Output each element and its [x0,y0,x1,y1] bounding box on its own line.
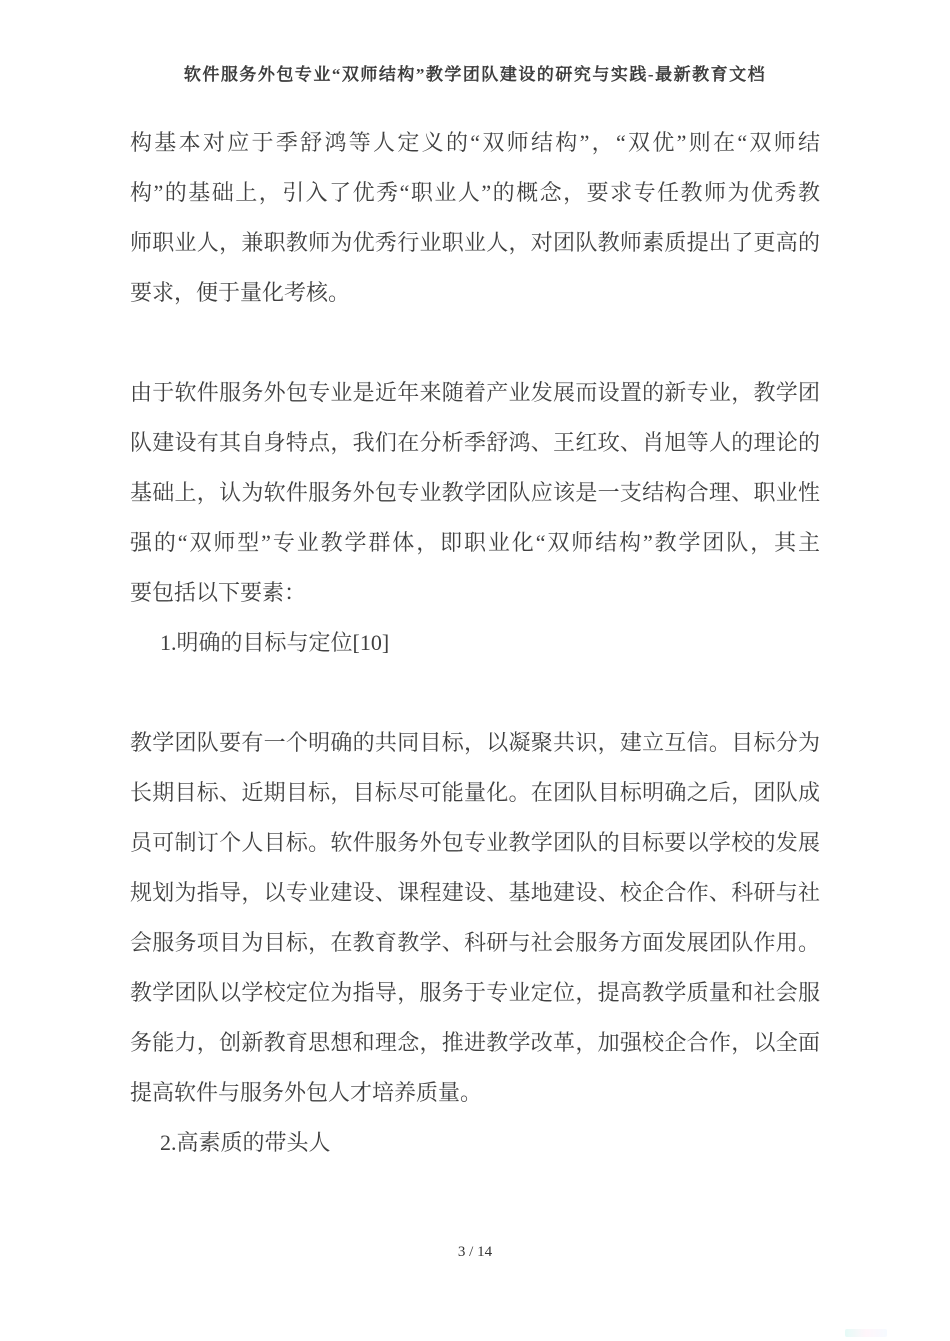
document-body: 构基本对应于季舒鸿等人定义的“双师结构”，“双优”则在“双师结构”的基础上，引入… [130,118,820,1168]
body-text-line: 会服务项目为目标，在教育教学、科研与社会服务方面发展团队作用。 [130,918,820,968]
body-text-line: 队建设有其自身特点，我们在分析季舒鸿、王红玫、肖旭等人的理论的 [130,418,820,468]
body-text-line: 提高软件与服务外包人才培养质量。 [130,1068,820,1118]
body-text-line: 由于软件服务外包专业是近年来随着产业发展而设置的新专业，教学团 [130,368,820,418]
body-text-line: 2.高素质的带头人 [130,1118,820,1168]
watermark [845,1329,887,1337]
body-text-line: 教学团队以学校定位为指导，服务于专业定位，提高教学质量和社会服 [130,968,820,1018]
body-text-line: 员可制订个人目标。软件服务外包专业教学团队的目标要以学校的发展 [130,818,820,868]
document-title: 软件服务外包专业“双师结构”教学团队建设的研究与实践-最新教育文档 [0,62,950,88]
body-text-line: 规划为指导，以专业建设、课程建设、基地建设、校企合作、科研与社 [130,868,820,918]
page-number: 3 / 14 [0,1240,950,1264]
body-text-line: 教学团队要有一个明确的共同目标，以凝聚共识，建立互信。目标分为 [130,718,820,768]
body-text-line: 要求，便于量化考核。 [130,268,820,318]
body-text-line: 师职业人，兼职教师为优秀行业职业人，对团队教师素质提出了更高的 [130,218,820,268]
body-text-line: 务能力，创新教育思想和理念，推进教学改革，加强校企合作，以全面 [130,1018,820,1068]
body-text-line: 要包括以下要素： [130,568,820,618]
body-text-line: 长期目标、近期目标，目标尽可能量化。在团队目标明确之后，团队成 [130,768,820,818]
body-text-line: 强的“双师型”专业教学群体，即职业化“双师结构”教学团队，其主 [130,518,820,568]
blank-line [130,668,820,718]
body-text-line: 构基本对应于季舒鸿等人定义的“双师结构”，“双优”则在“双师结 [130,118,820,168]
body-text-line: 1.明确的目标与定位[10] [130,618,820,668]
document-page: 软件服务外包专业“双师结构”教学团队建设的研究与实践-最新教育文档 构基本对应于… [0,0,950,1341]
body-text-line: 构”的基础上，引入了优秀“职业人”的概念，要求专任教师为优秀教 [130,168,820,218]
blank-line [130,318,820,368]
body-text-line: 基础上，认为软件服务外包专业教学团队应该是一支结构合理、职业性 [130,468,820,518]
